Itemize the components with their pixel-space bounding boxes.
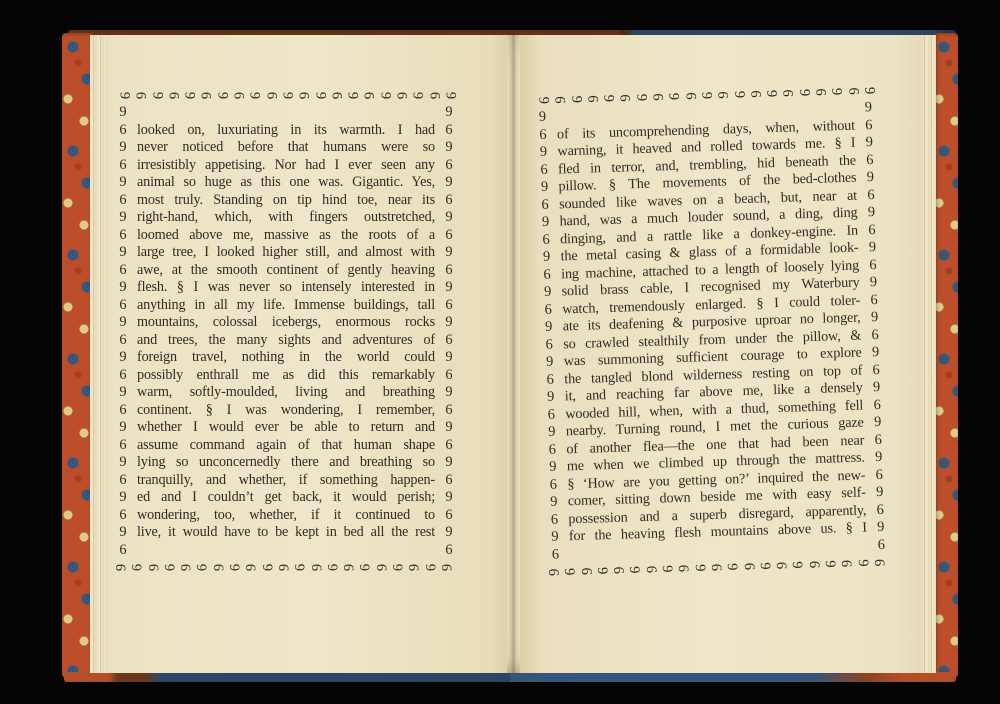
rotated-numeral-ornament: 6: [392, 90, 409, 102]
right-border-numeral: 6: [868, 361, 883, 379]
rotated-numeral-ornament: 9: [245, 562, 262, 574]
text-line: 9flesh. § I was never so intensely inter…: [116, 279, 456, 297]
right-border-numeral: 9: [861, 99, 876, 117]
rotated-numeral-ornament: 6: [229, 90, 246, 102]
cover-right-edge: [933, 33, 958, 678]
rotated-numeral-ornament: 9: [440, 562, 457, 574]
rotated-numeral-ornament: 6: [294, 562, 311, 574]
left-border-numeral: 6: [116, 332, 130, 350]
line-text: and trees, the many sights and adventure…: [130, 332, 442, 350]
left-border-numeral: 9: [541, 319, 556, 337]
rotated-numeral-ornament: 9: [807, 558, 824, 570]
text-line: 9never noticed before that humans were s…: [116, 139, 456, 157]
right-border-numeral: 9: [873, 519, 888, 537]
rotated-numeral-ornament: 9: [859, 84, 876, 96]
left-border-numeral: 9: [542, 354, 557, 372]
page-deckle-edges: [921, 35, 936, 673]
rotated-numeral-ornament: 6: [726, 561, 743, 573]
right-border-numeral: 9: [442, 139, 456, 157]
right-border-numeral: 9: [866, 274, 881, 292]
right-border-numeral: 6: [442, 472, 456, 490]
right-border-numeral: 6: [442, 297, 456, 315]
left-border-numeral: 6: [545, 441, 560, 459]
rotated-numeral-ornament: 9: [245, 90, 262, 102]
text-line: 9mountains, colossal icebergs, enormous …: [116, 314, 456, 332]
rotated-numeral-ornament: 6: [359, 90, 376, 102]
right-border-numeral: 6: [442, 367, 456, 385]
rotated-numeral-ornament: 9: [440, 90, 457, 102]
rotated-numeral-ornament: 9: [631, 91, 648, 103]
right-border-numeral: 6: [442, 192, 456, 210]
left-border-numeral: 9: [116, 454, 130, 472]
line-text: ed and I couldn’t get back, it would per…: [130, 489, 442, 507]
line-text: continent. § I was wondering, I remember…: [130, 402, 442, 420]
right-border-numeral: 6: [442, 227, 456, 245]
right-border-numeral: 6: [442, 122, 456, 140]
text-line: 6loomed above me, massive as the roots o…: [116, 227, 456, 245]
rotated-numeral-ornament: 9: [408, 562, 425, 574]
right-border-numeral: 6: [873, 501, 888, 519]
line-text: foreign travel, nothing in the world cou…: [130, 349, 442, 367]
left-border-numeral: 9: [116, 384, 130, 402]
left-border-numeral: 9: [116, 524, 130, 542]
text-line: 6awe, at the smooth continent of gently …: [116, 262, 456, 280]
rotated-numeral-ornament: 6: [196, 90, 213, 102]
left-border-numeral: 6: [116, 507, 130, 525]
right-border-numeral: 9: [442, 489, 456, 507]
top-ornament-row: 969696969696969696969: [116, 87, 456, 104]
left-border-numeral: 9: [116, 209, 130, 227]
rotated-numeral-ornament: 9: [277, 90, 294, 102]
text-line: 6assume command again of that human shap…: [116, 437, 456, 455]
text-line: 6and trees, the many sights and adventur…: [116, 332, 456, 350]
left-border-numeral: 9: [546, 494, 561, 512]
line-text: large tree, I looked higher still, and a…: [130, 244, 442, 262]
right-border-numeral: 6: [861, 117, 876, 135]
rotated-numeral-ornament: 9: [408, 90, 425, 102]
left-border-numeral: 9: [540, 284, 555, 302]
right-border-numeral: 9: [442, 349, 456, 367]
rotated-numeral-ornament: 9: [147, 90, 164, 102]
left-border-numeral: 9: [116, 419, 130, 437]
right-border-numeral: 6: [442, 157, 456, 175]
rotated-numeral-ornament: 6: [628, 564, 645, 576]
left-border-numeral: 6: [116, 437, 130, 455]
rotated-numeral-ornament: 6: [777, 87, 794, 99]
right-border-numeral: 9: [865, 239, 880, 257]
right-border-numeral: 9: [442, 209, 456, 227]
left-border-numeral: 6: [542, 336, 557, 354]
left-border-numeral: 9: [116, 314, 130, 332]
line-text: looked on, luxuriating in its warmth. I …: [130, 122, 442, 140]
left-border-numeral: 9: [535, 109, 550, 127]
rotated-numeral-ornament: 9: [343, 90, 360, 102]
rotated-numeral-ornament: 6: [261, 90, 278, 102]
line-text: right-hand, which, with fingers outstret…: [130, 209, 442, 227]
rotated-numeral-ornament: 9: [180, 90, 197, 102]
text-line: 6looked on, luxuriating in its warmth. I…: [116, 122, 456, 140]
right-border-numeral: 9: [868, 344, 883, 362]
line-text: most truly. Standing on tip hind toe, ne…: [130, 192, 442, 210]
bottom-ornament-row: 969696969696969696969: [116, 559, 456, 576]
left-border-numeral: 6: [538, 231, 553, 249]
gutter-shadow: [507, 35, 520, 673]
text-line: 6most truly. Standing on tip hind toe, n…: [116, 192, 456, 210]
left-border-numeral: 6: [543, 371, 558, 389]
line-text: lying so unconcernedly there and breathi…: [130, 454, 442, 472]
right-border-numeral: 6: [862, 151, 877, 169]
left-border-numeral: 6: [535, 126, 550, 144]
right-border-numeral: 9: [442, 524, 456, 542]
line-text: assume command again of that human shape: [130, 437, 442, 455]
left-border-numeral: 9: [116, 174, 130, 192]
left-border-numeral: 9: [539, 249, 554, 267]
rotated-numeral-ornament: 9: [840, 557, 857, 569]
rotated-numeral-ornament: 9: [826, 85, 843, 97]
text-line: 9live, it would have to be kept in bed a…: [116, 524, 456, 542]
right-border-numeral: 9: [867, 309, 882, 327]
text-line: 9warm, softly-moulded, living and breath…: [116, 384, 456, 402]
text-line: 9whether I would ever be able to return …: [116, 419, 456, 437]
left-border-numeral: 6: [547, 511, 562, 529]
page-spread: 969696969696969696969 9 9 6looked on, lu…: [90, 35, 936, 673]
line-text: wondering, too, whether, if it continued…: [130, 507, 442, 525]
rotated-numeral-ornament: 9: [645, 563, 662, 575]
right-border-numeral: 9: [442, 244, 456, 262]
rotated-numeral-ornament: 9: [742, 560, 759, 572]
right-border-numeral: 9: [871, 449, 886, 467]
text-line: 6possibly enthrall me as did this remark…: [116, 367, 456, 385]
left-border-numeral: 6: [537, 196, 552, 214]
text-line: 6anything in all my life. Immense buildi…: [116, 297, 456, 315]
text-line: 9ed and I couldn’t get back, it would pe…: [116, 489, 456, 507]
left-border-numeral: 9: [536, 144, 551, 162]
line-text: possibly enthrall me as did this remarka…: [130, 367, 442, 385]
line-text: live, it would have to be kept in bed al…: [130, 524, 442, 542]
left-border-numeral: 6: [540, 301, 555, 319]
right-border-numeral: 6: [867, 326, 882, 344]
line-text: irresistibly appetising. Nor had I ever …: [130, 157, 442, 175]
right-border-numeral: 9: [442, 104, 456, 122]
cover-bottom-edge: [64, 672, 956, 682]
rotated-numeral-ornament: 6: [791, 559, 808, 571]
left-border-numeral: 9: [116, 104, 130, 122]
rotated-numeral-ornament: 9: [761, 87, 778, 99]
right-border-numeral: 6: [866, 291, 881, 309]
left-border-numeral: 6: [116, 367, 130, 385]
left-border-numeral: 9: [538, 214, 553, 232]
rotated-numeral-ornament: 6: [131, 562, 148, 574]
right-border-numeral: 6: [874, 536, 889, 554]
text-line: 6wondering, too, whether, if it continue…: [116, 507, 456, 525]
left-border-numeral: 6: [544, 406, 559, 424]
rotated-numeral-ornament: 9: [873, 556, 890, 568]
right-border-numeral: 9: [442, 384, 456, 402]
rotated-numeral-ornament: 9: [663, 90, 680, 102]
rotated-numeral-ornament: 6: [131, 90, 148, 102]
left-border-numeral: 6: [116, 542, 130, 560]
right-border-numeral: 9: [862, 134, 877, 152]
left-border-numeral: 9: [543, 389, 558, 407]
rotated-numeral-ornament: 6: [810, 86, 827, 98]
rotated-numeral-ornament: 6: [647, 91, 664, 103]
left-border-numeral: 9: [545, 459, 560, 477]
rotated-numeral-ornament: 9: [565, 93, 582, 105]
rotated-numeral-ornament: 6: [424, 90, 441, 102]
rotated-numeral-ornament: 6: [679, 90, 696, 102]
text-line: 9animal so huge as this one was. Giganti…: [116, 174, 456, 192]
right-border-numeral: 6: [442, 507, 456, 525]
right-border-numeral: 6: [870, 431, 885, 449]
right-border-numeral: 6: [872, 466, 887, 484]
rotated-numeral-ornament: 6: [196, 562, 213, 574]
line-text: animal so huge as this one was. Gigantic…: [130, 174, 442, 192]
left-border-numeral: 6: [546, 476, 561, 494]
lines: 6looked on, luxuriating in its warmth. I…: [116, 122, 456, 542]
right-border-numeral: 9: [442, 174, 456, 192]
rotated-numeral-ornament: 9: [115, 90, 132, 102]
right-border-numeral: 9: [442, 314, 456, 332]
text-line: 9foreign travel, nothing in the world co…: [116, 349, 456, 367]
left-border-numeral: 6: [116, 157, 130, 175]
rotated-numeral-ornament: 6: [294, 90, 311, 102]
left-border-numeral: 6: [536, 161, 551, 179]
rotated-numeral-ornament: 9: [677, 562, 694, 574]
line-text: flesh. § I was never so intensely intere…: [130, 279, 442, 297]
line-text: mountains, colossal icebergs, enormous r…: [130, 314, 442, 332]
lines: 6of its uncomprehending days, when, with…: [535, 117, 887, 547]
rotated-numeral-ornament: 9: [310, 90, 327, 102]
left-border-numeral: 6: [116, 472, 130, 490]
text-line: 6irresistibly appetising. Nor had I ever…: [116, 157, 456, 175]
left-border-numeral: 6: [116, 262, 130, 280]
left-border-numeral: 9: [116, 139, 130, 157]
left-border-numeral: 9: [116, 279, 130, 297]
right-border-numeral: 9: [872, 484, 887, 502]
line-text: tranquilly, and whether, if something ha…: [130, 472, 442, 490]
rotated-numeral-ornament: 9: [728, 88, 745, 100]
top-spacer-row: 9 9: [116, 104, 456, 122]
rotated-numeral-ornament: 9: [579, 565, 596, 577]
right-border-numeral: 6: [442, 332, 456, 350]
left-border-numeral: 9: [116, 244, 130, 262]
right-border-numeral: 9: [442, 279, 456, 297]
right-border-numeral: 9: [442, 454, 456, 472]
rotated-numeral-ornament: 6: [693, 562, 710, 574]
left-border-numeral: 6: [116, 297, 130, 315]
left-border-numeral: 6: [116, 402, 130, 420]
left-border-numeral: 6: [116, 227, 130, 245]
right-border-numeral: 9: [864, 204, 879, 222]
right-border-numeral: 9: [442, 419, 456, 437]
right-border-numeral: 6: [442, 262, 456, 280]
right-border-numeral: 6: [442, 437, 456, 455]
rotated-numeral-ornament: 6: [712, 89, 729, 101]
rotated-numeral-ornament: 6: [549, 94, 566, 106]
left-border-numeral: 9: [537, 179, 552, 197]
rotated-numeral-ornament: 9: [375, 90, 392, 102]
rotated-numeral-ornament: 9: [212, 90, 229, 102]
right-border-numeral: 6: [869, 396, 884, 414]
rotated-numeral-ornament: 6: [856, 557, 873, 569]
left-border-numeral: 9: [544, 424, 559, 442]
right-border-numeral: 6: [442, 402, 456, 420]
photo-background: 969696969696969696969 9 9 6looked on, lu…: [0, 0, 1000, 704]
bottom-spacer-row: 6 6: [116, 542, 456, 560]
rotated-numeral-ornament: 9: [598, 92, 615, 104]
line-text: anything in all my life. Immense buildin…: [130, 297, 442, 315]
line-text: warm, softly-moulded, living and breathi…: [130, 384, 442, 402]
rotated-numeral-ornament: 9: [310, 562, 327, 574]
rotated-numeral-ornament: 6: [163, 90, 180, 102]
left-border-numeral: 6: [116, 192, 130, 210]
text-line: 9right-hand, which, with fingers outstre…: [116, 209, 456, 227]
left-border-numeral: 6: [548, 546, 563, 564]
open-book: 969696969696969696969 9 9 6looked on, lu…: [62, 30, 958, 682]
left-border-numeral: 6: [116, 122, 130, 140]
text-line: 9lying so unconcernedly there and breath…: [116, 454, 456, 472]
right-border-numeral: 6: [864, 221, 879, 239]
right-border-numeral: 6: [865, 256, 880, 274]
rotated-numeral-ornament: 9: [696, 89, 713, 101]
right-border-numeral: 6: [863, 186, 878, 204]
left-border-numeral: 9: [116, 489, 130, 507]
right-border-numeral: 9: [869, 379, 884, 397]
rotated-numeral-ornament: 6: [326, 90, 343, 102]
left-border-numeral: 6: [539, 266, 554, 284]
rotated-numeral-ornament: 6: [614, 92, 631, 104]
rotated-numeral-ornament: 6: [359, 562, 376, 574]
right-page: 969696969696969696969 9 9 6of its uncomp…: [520, 35, 937, 673]
rotated-numeral-ornament: 9: [533, 94, 550, 106]
right-border-numeral: 9: [870, 414, 885, 432]
right-border-numeral: 6: [442, 542, 456, 560]
rotated-numeral-ornament: 6: [745, 88, 762, 100]
right-page-text-block: 969696969696969696969 9 9 6of its uncomp…: [534, 82, 888, 581]
left-border-numeral: 9: [116, 349, 130, 367]
rotated-numeral-ornament: 6: [563, 565, 580, 577]
rotated-numeral-ornament: 6: [842, 85, 859, 97]
page-deckle-edges: [90, 35, 105, 673]
line-text: never noticed before that humans were so: [130, 139, 442, 157]
text-line: 6tranquilly, and whether, if something h…: [116, 472, 456, 490]
line-text: loomed above me, massive as the roots of…: [130, 227, 442, 245]
line-text: awe, at the smooth continent of gently h…: [130, 262, 442, 280]
rotated-numeral-ornament: 6: [582, 93, 599, 105]
text-line: 6continent. § I was wondering, I remembe…: [116, 402, 456, 420]
line-text: whether I would ever be able to return a…: [130, 419, 442, 437]
rotated-numeral-ornament: 9: [793, 86, 810, 98]
left-border-numeral: 9: [547, 528, 562, 546]
text-line: 9large tree, I looked higher still, and …: [116, 244, 456, 262]
left-page: 969696969696969696969 9 9 6looked on, lu…: [90, 35, 507, 673]
left-page-text-block: 969696969696969696969 9 9 6looked on, lu…: [116, 87, 456, 576]
right-border-numeral: 9: [863, 169, 878, 187]
